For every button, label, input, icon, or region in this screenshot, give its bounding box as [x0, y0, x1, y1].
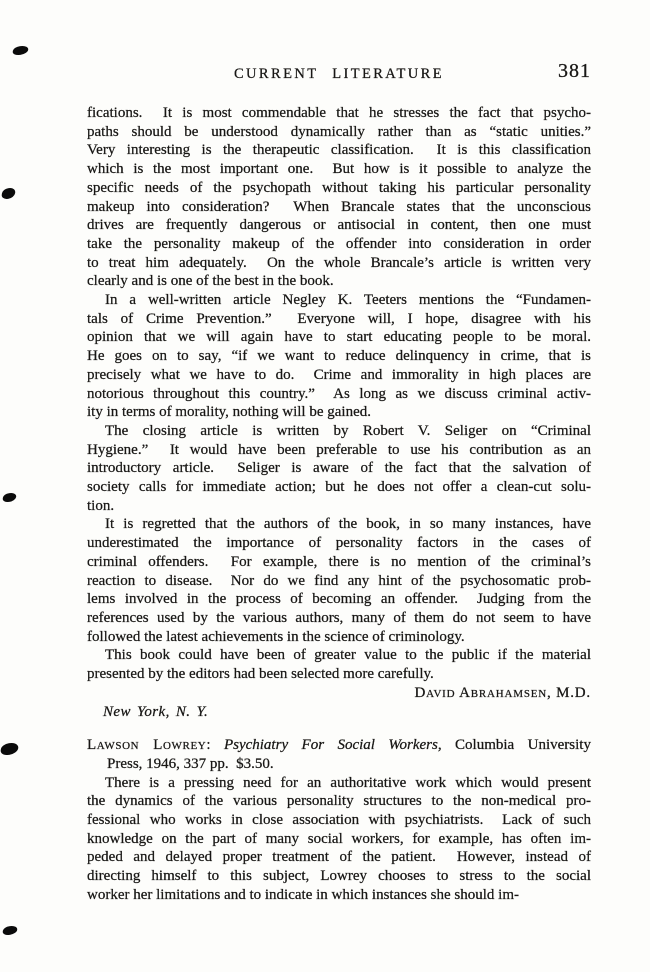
text-line: precisely what we have to do. Crime and …	[87, 366, 591, 385]
text-line: underestimated the importance of persona…	[87, 534, 591, 553]
text-line: drives are frequently dangerous or antis…	[87, 216, 591, 235]
text-line: introductory article. Seliger is aware o…	[87, 459, 591, 478]
document-page: CURRENT LITERATURE 381 fications. It is …	[0, 0, 650, 972]
text-line: opinion that we will again have to start…	[87, 328, 591, 347]
text-line: which is the most important one. But how…	[87, 160, 591, 179]
text-line: reaction to disease. Nor do we find any …	[87, 572, 591, 591]
text-line: society calls for immediate action; but …	[87, 478, 591, 497]
text-line: peded and delayed proper treatment of th…	[87, 848, 591, 867]
text-line: makeup into consideration? When Brancale…	[87, 198, 591, 217]
text-line: Hygiene.” It would have been preferable …	[87, 441, 591, 460]
review1-paragraph-2: In a well-written article Negley K. Teet…	[87, 291, 591, 422]
text-line: take the personality makeup of the offen…	[87, 235, 591, 254]
ink-mark-artifact	[0, 742, 19, 756]
text-line: Very interesting is the therapeutic clas…	[87, 141, 591, 160]
text-line: directing himself to this subject, Lowre…	[87, 867, 591, 886]
page-body: fications. It is most commendable that h…	[87, 104, 591, 905]
ink-mark-artifact	[1, 187, 16, 200]
text-line: clearly and is one of the best in the bo…	[87, 272, 591, 291]
text-line: fications. It is most commendable that h…	[87, 104, 591, 123]
citation-italic-segment: Psychiatry For Social Workers,	[224, 737, 442, 753]
citation-line: Press, 1946, 337 pp. $3.50.	[107, 755, 591, 774]
review2-paragraph-1: There is a pressing need for an authorit…	[87, 774, 591, 905]
text-line: worker her limitations and to indicate i…	[87, 886, 591, 905]
text-line: fessional who works in close association…	[87, 811, 591, 830]
text-line: notorious throughout this country.” As l…	[87, 385, 591, 404]
running-title: CURRENT LITERATURE	[87, 66, 591, 83]
citation-line: Lawson Lowrey: Psychiatry For Social Wor…	[87, 736, 591, 755]
reviewer-location: New York, N. Y.	[87, 703, 591, 722]
text-line: ity in terms of morality, nothing will b…	[87, 403, 591, 422]
text-line: tals of Crime Prevention.” Everyone will…	[87, 310, 591, 329]
review1-paragraph-1: fications. It is most commendable that h…	[87, 104, 591, 291]
text-line: followed the latest achievements in the …	[87, 628, 591, 647]
page-header: CURRENT LITERATURE 381	[87, 63, 591, 87]
text-line: lems involved in the process of becoming…	[87, 590, 591, 609]
text-line: It is regretted that the authors of the …	[87, 515, 591, 534]
text-line: tion.	[87, 497, 591, 516]
book-citation: Lawson Lowrey: Psychiatry For Social Wor…	[87, 736, 591, 773]
text-line: The closing article is written by Robert…	[87, 422, 591, 441]
text-line: references used by the various authors, …	[87, 609, 591, 628]
text-line: This book could have been of greater val…	[87, 646, 591, 665]
text-line: There is a pressing need for an authorit…	[87, 774, 591, 793]
ink-mark-artifact	[12, 45, 29, 56]
citation-roman-segment: Columbia University	[442, 737, 591, 753]
review1-paragraph-3: The closing article is written by Robert…	[87, 422, 591, 516]
reviewer-signature: David Abrahamsen, M.D.	[87, 684, 591, 703]
text-line: He goes on to say, “if we want to reduce…	[87, 347, 591, 366]
ink-mark-artifact	[2, 492, 17, 503]
text-line: to treat him adequately. On the whole Br…	[87, 254, 591, 273]
text-line: In a well-written article Negley K. Teet…	[87, 291, 591, 310]
text-line: the dynamics of the various personality …	[87, 792, 591, 811]
text-line: presented by the editors had been select…	[87, 665, 591, 684]
text-line: specific needs of the psychopath without…	[87, 179, 591, 198]
citation-roman-segment: :	[206, 737, 224, 753]
ink-mark-artifact	[2, 925, 18, 936]
review1-paragraph-5: This book could have been of greater val…	[87, 646, 591, 683]
text-line: paths should be understood dynamically r…	[87, 123, 591, 142]
page-number: 381	[558, 60, 591, 83]
review1-paragraph-4: It is regretted that the authors of the …	[87, 515, 591, 646]
citation-smallcaps-segment: Lawson Lowrey	[87, 737, 206, 753]
text-line: knowledge on the part of many social wor…	[87, 830, 591, 849]
text-line: criminal offenders. For example, there i…	[87, 553, 591, 572]
